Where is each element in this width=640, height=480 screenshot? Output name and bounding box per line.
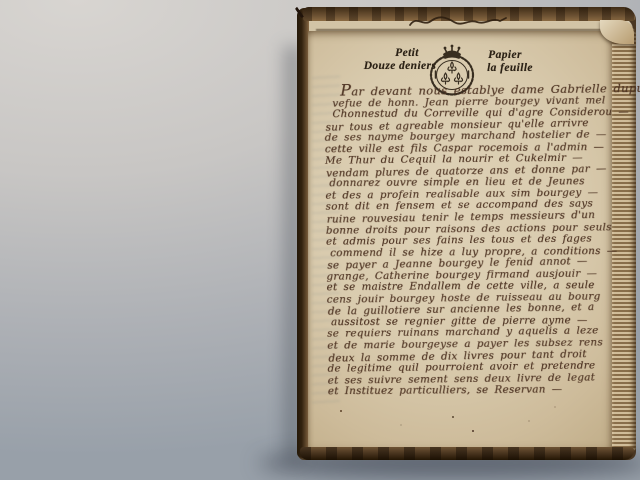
stamp-text-la-feuille: la feuille [484,62,536,74]
top-edge-annotation-icon [408,13,508,29]
burnt-bottom-edge [300,447,634,460]
stamp-text-papier: Papier [482,49,528,61]
manuscript-line: et Instituez particulliers, se Reservan … [328,384,620,398]
manuscript-line: aussitost se regnier gitte de pierre aym… [331,315,619,329]
manuscript-text: Par devant nous establye dame Gabrielle … [324,81,620,403]
stamp-text-petit: Petit [386,47,428,59]
photograph-of-manuscript: Petit Douze deniers Papier la feuille [0,0,640,480]
ink-specks [340,410,342,412]
manuscript-line: cette ville est fils Caspar rocemois a l… [325,142,617,156]
